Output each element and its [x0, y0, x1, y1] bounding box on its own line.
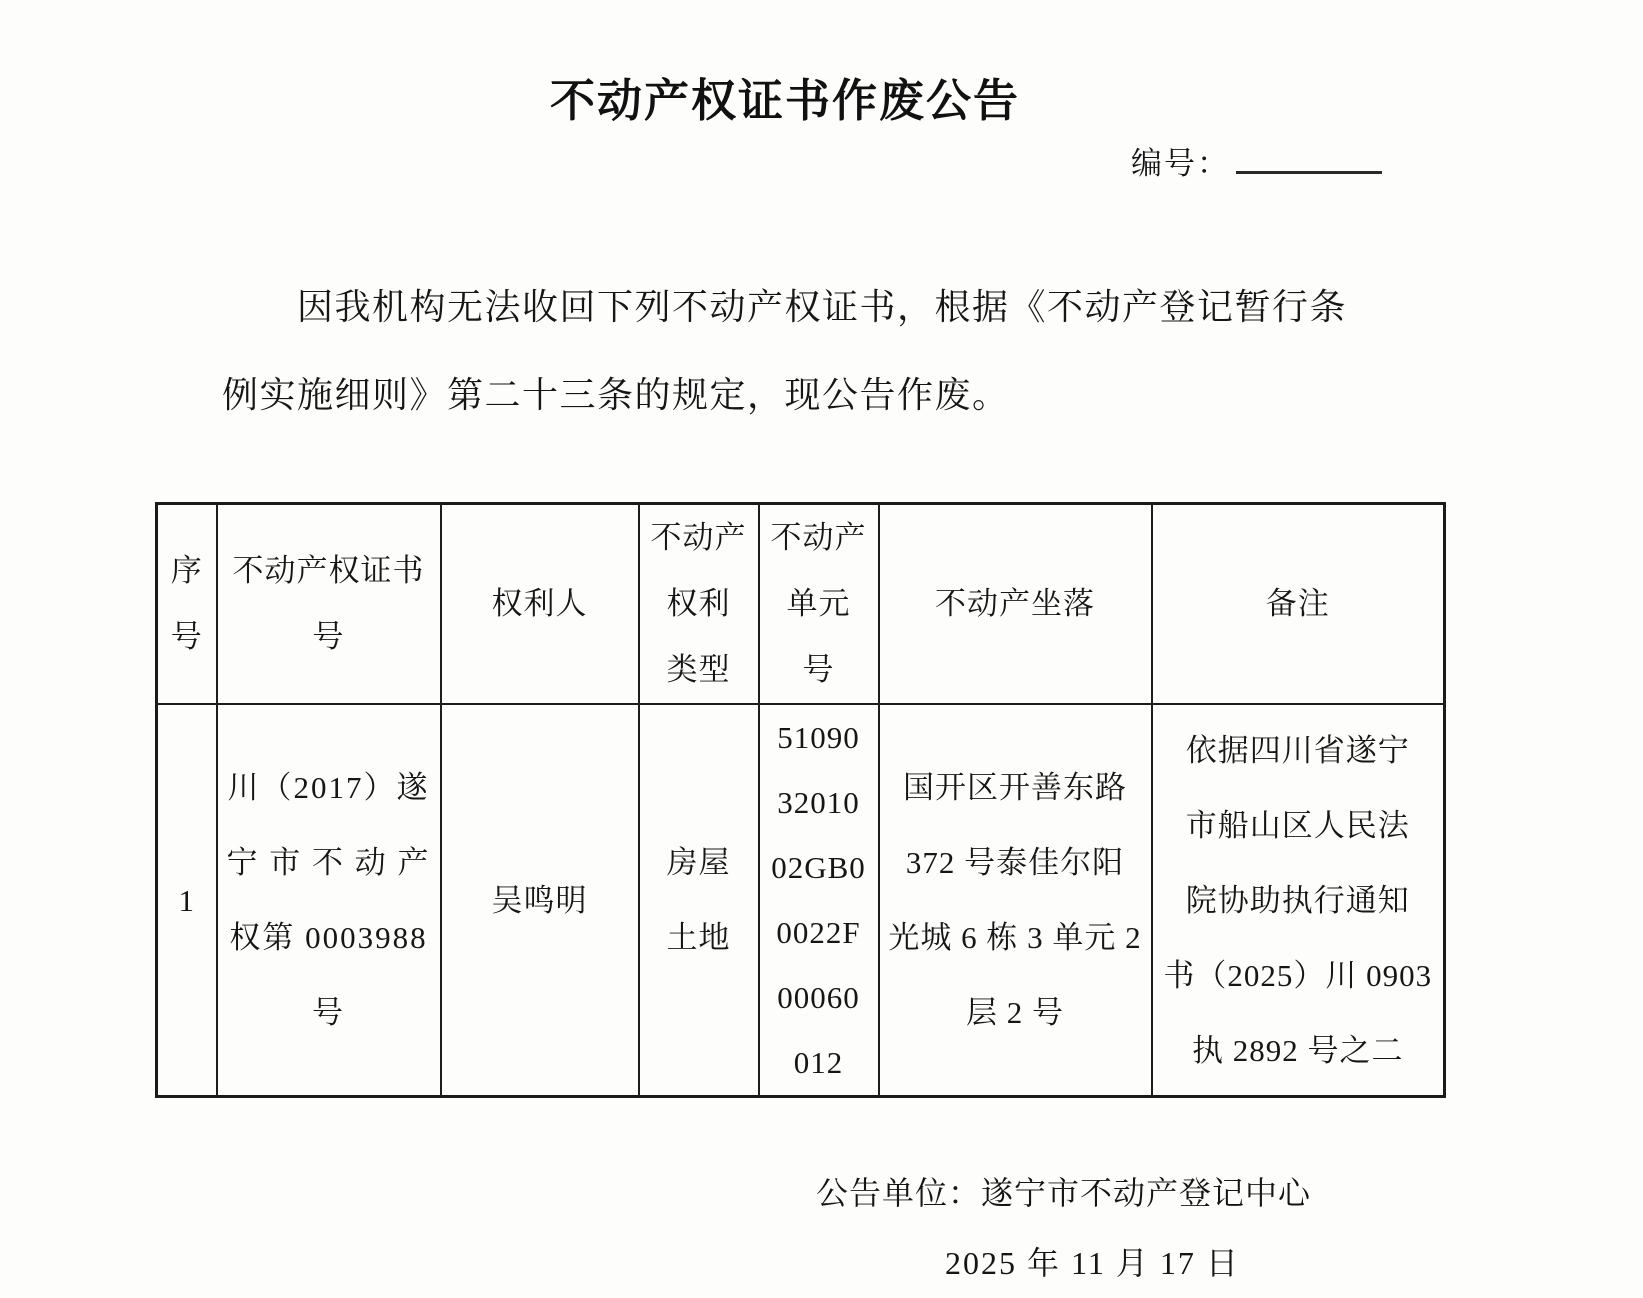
header-holder: 权利人: [441, 504, 639, 705]
number-line: 编号：: [1131, 138, 1382, 183]
cell-index: 1: [157, 704, 217, 1097]
issuer-line: 公告单位：遂宁市不动产登记中心: [816, 1168, 1311, 1214]
number-blank-underline: [1236, 141, 1382, 174]
header-right-type: 不动产 权利 类型: [639, 504, 759, 705]
cell-unit-no: 51090 32010 02GB0 0022F 00060 012: [759, 704, 879, 1097]
cell-location: 国开区开善东路 372 号泰佳尔阳 光城 6 栋 3 单元 2 层 2 号: [879, 704, 1152, 1097]
header-location: 不动产坐落: [879, 504, 1152, 705]
page-title: 不动产权证书作废公告: [0, 64, 1570, 129]
table-row: 1 川（2017）遂 宁 市 不 动 产 权第 0003988 号 吴鸣明 房屋…: [157, 704, 1445, 1097]
number-label: 编号：: [1131, 146, 1230, 181]
cell-holder: 吴鸣明: [441, 704, 639, 1097]
body-paragraph-line-1: 因我机构无法收回下列不动产权证书，根据《不动产登记暂行条: [297, 286, 1347, 329]
issuer-name: 遂宁市不动产登记中心: [981, 1175, 1311, 1211]
certificates-table: 序 号 不动产权证书 号 权利人 不动产 权利 类型 不动产 单元 号 不动产坐…: [155, 502, 1446, 1098]
document-page: 不动产权证书作废公告 编号： 因我机构无法收回下列不动产权证书，根据《不动产登记…: [0, 0, 1643, 1298]
cell-cert-no: 川（2017）遂 宁 市 不 动 产 权第 0003988 号: [217, 704, 441, 1097]
body-paragraph-line-2: 例实施细则》第二十三条的规定，现公告作废。: [222, 374, 1010, 417]
cell-right-type: 房屋 土地: [639, 704, 759, 1097]
table-header-row: 序 号 不动产权证书 号 权利人 不动产 权利 类型 不动产 单元 号 不动产坐…: [157, 504, 1445, 705]
header-index: 序 号: [157, 504, 217, 705]
header-cert-no: 不动产权证书 号: [217, 504, 441, 705]
issuer-label: 公告单位：: [816, 1175, 981, 1211]
cell-remark: 依据四川省遂宁 市船山区人民法 院协助执行通知 书（2025）川 0903 执 …: [1152, 704, 1445, 1097]
header-unit-no: 不动产 单元 号: [759, 504, 879, 705]
date-line: 2025 年 11 月 17 日: [945, 1238, 1240, 1284]
header-remark: 备注: [1152, 504, 1445, 705]
